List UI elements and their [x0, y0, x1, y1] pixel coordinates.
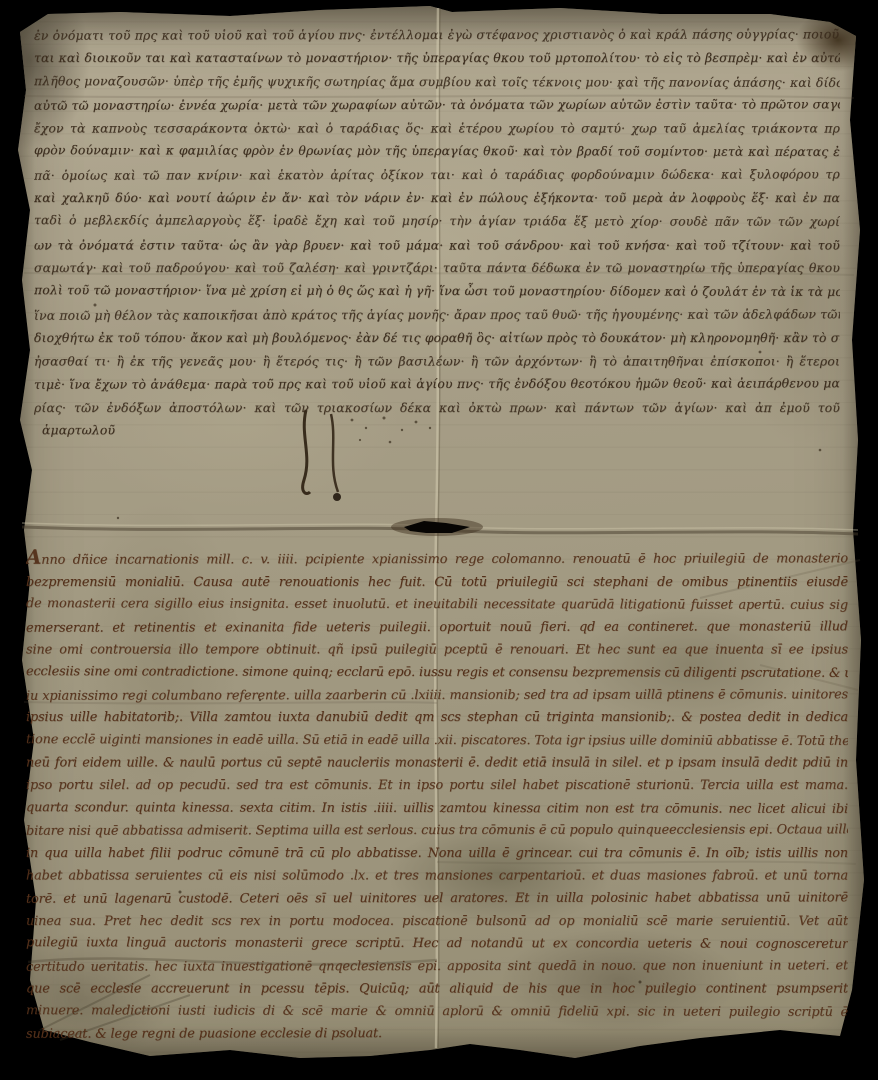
- latin-text-block: Anno dñice incarnationis mill. c. v. iii…: [26, 545, 848, 1046]
- greek-text-line: φρὸν δούναμιν· καὶ κ φαμιλίας φρὸν ἐν θρ…: [34, 140, 840, 165]
- latin-text-line: de monasterii cera sigillo eius insignit…: [26, 593, 848, 617]
- latin-text-line: uinea sua. Pret hec dedit scs rex in por…: [26, 911, 848, 934]
- latin-text-line: certitudo ueritatis. hec iuxta inuestiga…: [26, 955, 848, 979]
- greek-text-line: αὐτῶ τῶ μοναστηρίω· ἐννέα χωρία· μετὰ τῶ…: [34, 93, 840, 118]
- latin-text-line: emerserant. et retinentis et exinanita f…: [26, 616, 848, 640]
- latin-text-line: bezpremensiū monialiū. Causa autē renoua…: [26, 572, 848, 595]
- greek-text-line: καὶ χαλκηῦ δύο· καὶ νουτί ἀώριν ἐν ἄν· κ…: [34, 187, 840, 210]
- latin-text-line: ipso portu silel. ad op pecudū. sed tra …: [26, 775, 848, 798]
- latin-text-line: minuere. maledictioni iusti iudicis di &…: [26, 1000, 848, 1024]
- greek-text-line: πᾶ· ὁμοίως καὶ τῶ παν κνίριν· καὶ ἑκατὸν…: [34, 163, 840, 188]
- greek-text-line: πολὶ τοῦ τῶ μοναστήριον· ἵνα μὲ χρίση εἰ…: [34, 279, 840, 304]
- latin-text-line: in qua uilla habet filii podruc cōmunē t…: [26, 843, 848, 866]
- latin-text-line: que scē ecclesie accreuerunt in pcessu t…: [26, 979, 848, 1002]
- greek-text-line: ἐν ὀνόματι τοῦ πρς καὶ τοῦ υἱοῦ καὶ τοῦ …: [34, 23, 840, 48]
- greek-text-line: ρίας· τῶν ἐνδόξων ἀποστόλων· καὶ τῶν τρι…: [34, 397, 840, 420]
- latin-text-line: iu xpianissimo regi columbano referente.…: [26, 684, 848, 708]
- greek-text-line: σαμωτάγ· καὶ τοῦ παδρούγου· καὶ τοῦ ζαλέ…: [34, 257, 840, 280]
- greek-text-line: διοχθήτω ἐκ τοῦ τόπου· ἄκον καὶ μὴ βουλό…: [34, 327, 840, 350]
- latin-text-line: neū fori eidem uille. & naulū portus cū …: [26, 753, 848, 776]
- greek-text-line: ἔχον τὰ καπνοὺς τεσσαράκοντα ὀκτὼ· καὶ ὁ…: [34, 118, 840, 141]
- latin-text-line: bitare nisi quē abbatissa admiserit. Sep…: [26, 819, 848, 843]
- latin-text-line: sine omi controuersia illo tempore obtin…: [26, 640, 848, 663]
- greek-text-line: ἵνα ποιῶ μὴ θέλον τὰς καποικῆσαι ἀπὸ κρά…: [34, 303, 840, 328]
- latin-text-line: puilegiū iuxta linguā auctoris monasteri…: [26, 932, 848, 956]
- latin-text-line: tione ecclē uiginti mansiones in eadē ui…: [26, 729, 848, 753]
- greek-text-line: ἠσασθαί τι· ἢ ἐκ τῆς γενεᾶς μου· ἢ ἕτερό…: [34, 351, 840, 374]
- manuscript-photo: ἐν ὀνόματι τοῦ πρς καὶ τοῦ υἱοῦ καὶ τοῦ …: [0, 0, 878, 1080]
- greek-text-line: ταδὶ ὁ μεβλεκδίς ἀμπελαργοὺς ἕξ· ἱραδὲ ἔ…: [34, 210, 840, 235]
- latin-text-line: Anno dñice incarnationis mill. c. v. iii…: [26, 544, 848, 572]
- greek-text-line: ων τὰ ὀνόματά ἐστιν ταῦτα· ὡς ἂν γὰρ βρυ…: [34, 234, 840, 257]
- greek-text-line: ται καὶ διοικοῦν ται καὶ κατασταίνων τὸ …: [34, 47, 840, 70]
- latin-text-line: ecclesiis sine omi contradictione. simon…: [26, 661, 848, 685]
- greek-text-line: πλῆθος μοναζουσῶν· ὑπὲρ τῆς ἐμῆς ψυχικῆς…: [34, 70, 840, 95]
- latin-text-line: quarta scondur. quinta kinessa. sexta ci…: [26, 797, 848, 821]
- latin-text-line: subiaceat. & lege regni de puasione eccl…: [26, 1023, 848, 1047]
- latin-text-line: torē. et unū lagenarū custodē. Ceteri oē…: [26, 887, 848, 911]
- latin-text-line: habet abbatissa seruientes cū eis nisi s…: [26, 866, 848, 889]
- latin-text-line: ipsius uille habitatorib;. Villa zamtou …: [26, 707, 848, 730]
- greek-text-line: τιμὲ· ἵνα ἔχων τὸ ἀνάθεμα· παρὰ τοῦ πρς …: [34, 373, 840, 398]
- greek-text-line: ἁμαρτωλοῦ: [34, 419, 840, 444]
- greek-text-block: ἐν ὀνόματι τοῦ πρς καὶ τοῦ υἱοῦ καὶ τοῦ …: [34, 24, 840, 443]
